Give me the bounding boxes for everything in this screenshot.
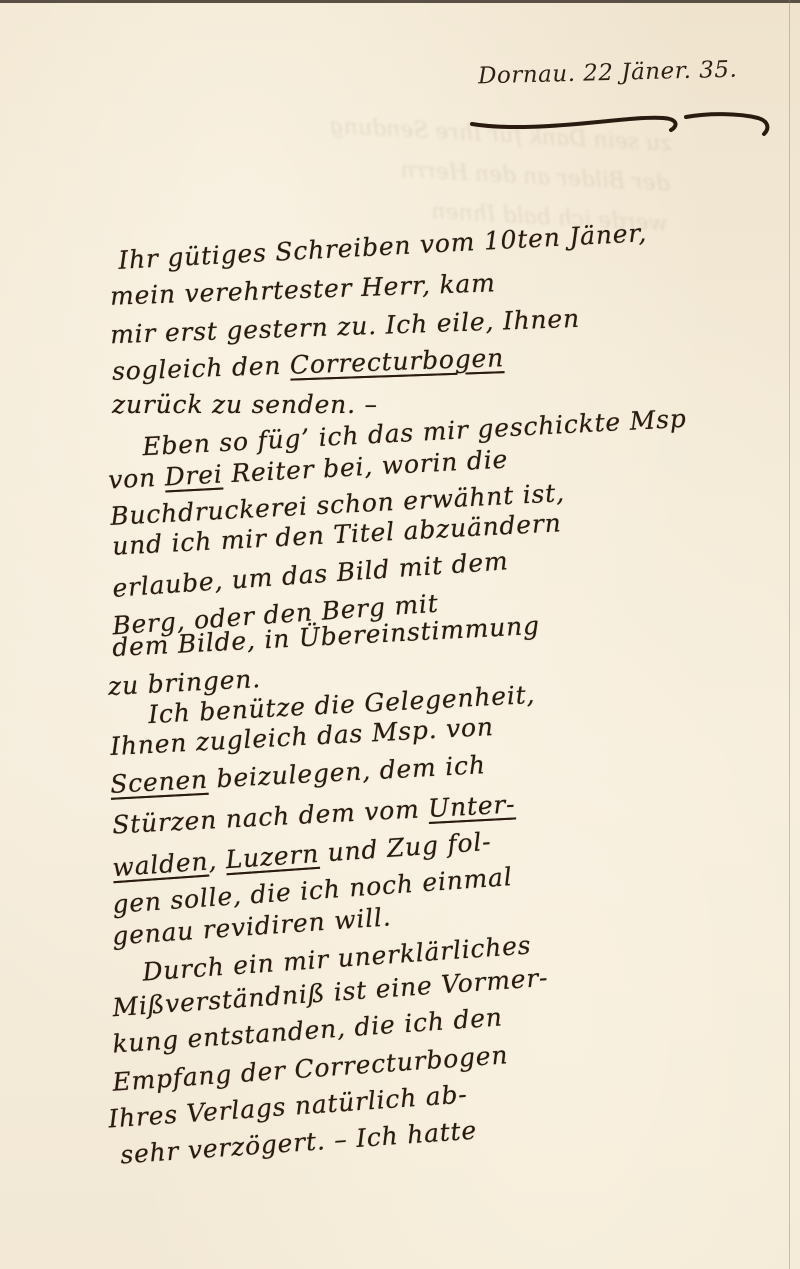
underlined-word: walden xyxy=(111,847,209,883)
underlined-word: Drei xyxy=(164,460,223,492)
letter-line: sogleich den Correcturbogen xyxy=(112,343,505,386)
underlined-word: Unter- xyxy=(427,789,516,823)
underlined-word: Luzern xyxy=(225,839,320,874)
letter-line: mir erst gestern zu. Ich eile, Ihnen xyxy=(110,304,581,349)
letter-dateline: Dornau. 22 Jäner. 35. xyxy=(478,57,738,90)
letter-line: zurück zu senden. – xyxy=(112,390,378,419)
page-edge xyxy=(789,0,790,1269)
letter-page: zu sein Dank für Ihre Sendung der Bilder… xyxy=(0,0,800,1269)
underlined-word: Scenen xyxy=(109,765,208,799)
underlined-word: Correcturbogen xyxy=(289,343,504,379)
dateline-underline-flourish xyxy=(468,108,778,138)
letter-line: mein verehrtester Herr, kam xyxy=(110,268,496,310)
